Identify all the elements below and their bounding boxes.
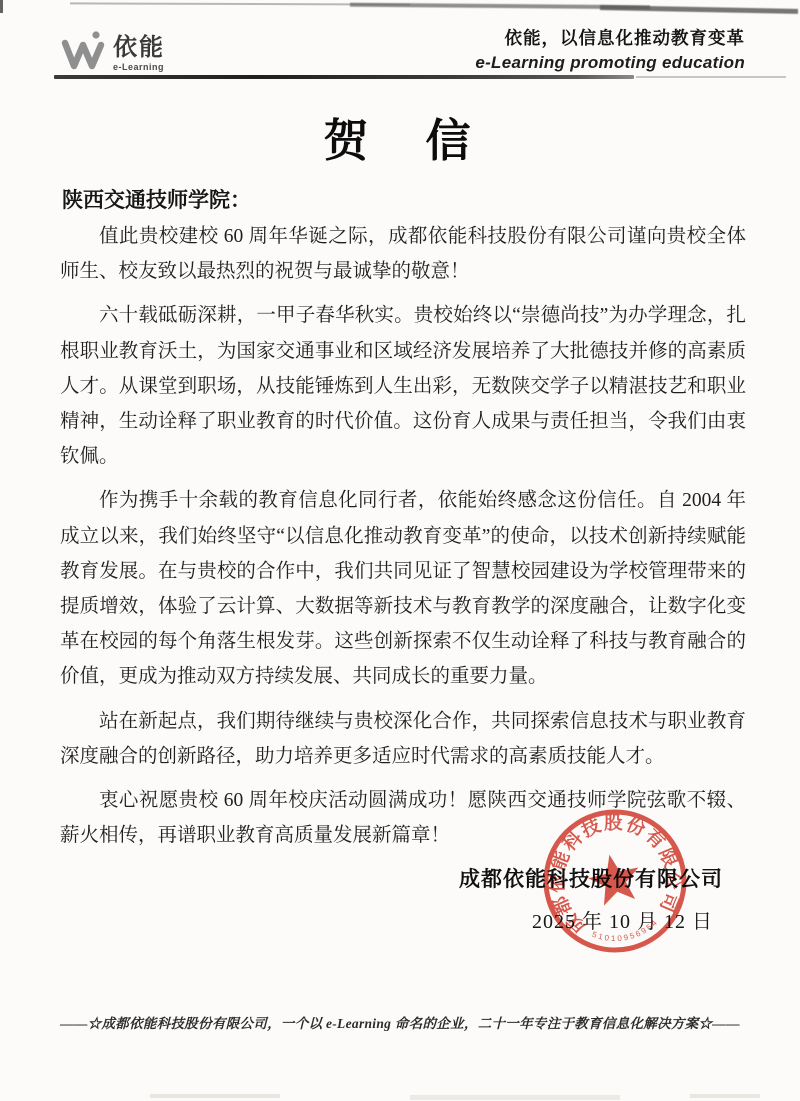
paragraph: 作为携手十余载的教育信息化同行者，依能始终感念这份信任。自 2004 年成立以来… [60,483,746,694]
scan-artifact-bottom [690,1094,760,1098]
salutation: 陕西交通技师学院： [62,184,251,214]
footer-tagline: ——☆成都依能科技股份有限公司，一个以 e-Learning 命名的企业，二十一… [0,1012,800,1032]
logo-w-icon [60,30,107,72]
header-divider-faint [636,76,786,78]
header-divider [54,75,634,79]
slogan-english: e-Learning promoting education [475,54,745,71]
paragraph: 六十载砥砺深耕，一甲子春华秋实。贵校始终以“崇德尚技”为办学理念，扎根职业教育沃… [60,298,746,474]
slogan-chinese: 依能，以信息化推动教育变革 [475,30,745,48]
letter-body: 值此贵校建校 60 周年华诞之际，成都依能科技股份有限公司谨向贵校全体师生、校友… [60,219,746,862]
scan-artifact-bottom [410,1095,620,1100]
logo-subtitle-text: e-Learning [113,63,165,72]
letter-title: 贺 信 [0,104,800,169]
seal-star-icon [584,849,644,907]
scan-artifact-corner [0,0,3,13]
scan-artifact-top [70,2,410,5]
logo-brand-text: 依能 [113,36,165,60]
scanned-letter-page: 依能 e-Learning 依能，以信息化推动教育变革 e-Learning p… [0,0,800,1101]
company-logo: 依能 e-Learning [60,28,165,72]
paragraph: 站在新起点，我们期待继续与贵校深化合作，共同探索信息技术与职业教育深度融合的创新… [60,704,746,774]
paragraph: 值此贵校建校 60 周年华诞之际，成都依能科技股份有限公司谨向贵校全体师生、校友… [60,219,746,289]
letterhead: 依能 e-Learning 依能，以信息化推动教育变革 e-Learning p… [60,28,745,72]
letterhead-slogans: 依能，以信息化推动教育变革 e-Learning promoting educa… [475,30,745,71]
seal-serial-number: 51010956954 [589,916,662,949]
scan-artifact-top [350,3,650,10]
scan-artifact-bottom [150,1094,280,1098]
scan-artifact-top [600,5,798,14]
company-seal-stamp: 成都依能科技股份有限公司 51010956954 [540,806,690,956]
